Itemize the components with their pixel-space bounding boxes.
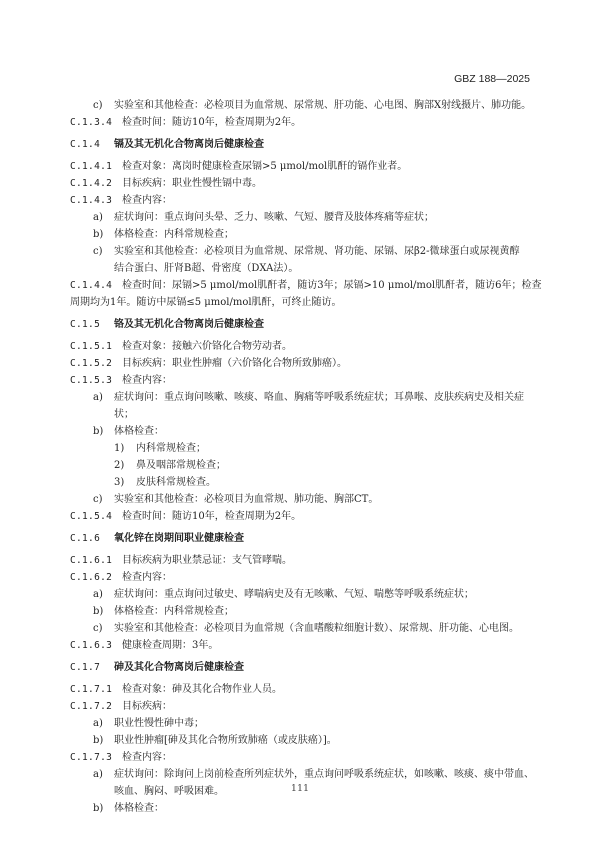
sub-item: 1)内科常规检查； (70, 440, 545, 457)
clause-number: C.1.5.4 (70, 508, 122, 525)
clause: C.1.7.1检查对象：砷及其化合物作业人员。 (70, 681, 545, 698)
section-number: C.1.6 (70, 530, 114, 547)
list-item: a)症状询问：除询问上岗前检查所列症状外，重点询问呼吸系统症状，如咳嗽、咳痰、痰… (70, 766, 545, 783)
list-item: b)体格检查：内科常规检查； (70, 603, 545, 620)
item-label: c) (93, 620, 114, 637)
clause: C.1.6.3健康检查周期：3年。 (70, 637, 545, 654)
clause: C.1.4.2目标疾病：职业性慢性镉中毒。 (70, 175, 545, 192)
list-item: a)职业性慢性砷中毒； (70, 715, 545, 732)
section-number: C.1.4 (70, 136, 114, 153)
item-text: 症状询问：重点询问头晕、乏力、咳嗽、气短、腰背及肢体疼痛等症状； (114, 212, 434, 223)
item-text: 职业性肿瘤[砷及其化合物所致肺癌（或皮肤癌）]。 (114, 735, 337, 746)
clause-number: C.1.7.1 (70, 681, 122, 698)
clause: C.1.6.2检查内容： (70, 569, 545, 586)
sub-item-text: 内科常规检查； (136, 443, 206, 454)
clause-text: 目标疾病：职业性肿瘤（六价铬化合物所致肺癌）。 (122, 358, 347, 369)
document-id: GBZ 188—2025 (454, 73, 530, 85)
clause: C.1.3.4检查时间：随访10年，检查周期为2年。 (70, 114, 545, 131)
list-item: a)症状询问：重点询问过敏史、哮喘病史及有无咳嗽、气短、喘憋等呼吸系统症状； (70, 586, 545, 603)
item-text: 症状询问：重点询问过敏史、哮喘病史及有无咳嗽、气短、喘憋等呼吸系统症状； (114, 589, 474, 600)
clause: C.1.5.4检查时间：随访10年，检查周期为2年。 (70, 508, 545, 525)
sub-item: 2)鼻及咽部常规检查； (70, 457, 545, 474)
clause-text: 检查内容： (122, 752, 172, 763)
section-title: 砷及其化合物离岗后健康检查 (114, 662, 244, 673)
list-item: c)实验室和其他检查：必检项目为血常规（含血嗜酸粒细胞计数）、尿常规、肝功能、心… (70, 620, 545, 637)
item-text: 实验室和其他检查：必检项目为血常规、尿常规、肝功能、心电图、胸部X射线摄片、肺功… (114, 100, 531, 111)
clause-text: 检查内容： (122, 195, 172, 206)
item-label: c) (93, 97, 114, 114)
item-text: 体格检查：内科常规检查； (114, 229, 234, 240)
clause-number: C.1.7.3 (70, 749, 122, 766)
item-label: b) (93, 226, 114, 243)
clause-text: 检查对象：砷及其化合物作业人员。 (122, 684, 282, 695)
item-continuation: 状； (70, 406, 545, 423)
clause-number: C.1.7.2 (70, 698, 122, 715)
page-number: 111 (0, 783, 600, 794)
item-text: 实验室和其他检查：必检项目为血常规、肺功能、胸部CT。 (114, 494, 378, 505)
item-text: 体格检查： (114, 426, 164, 437)
clause-number: C.1.6.1 (70, 552, 122, 569)
sub-item-label: 3) (114, 474, 136, 491)
list-item: c)实验室和其他检查：必检项目为血常规、尿常规、肝功能、心电图、胸部X射线摄片、… (70, 97, 545, 114)
section-title: 镉及其无机化合物离岗后健康检查 (114, 139, 264, 150)
clause-text: 目标疾病为职业禁忌证：支气管哮喘。 (122, 555, 292, 566)
item-text: 体格检查：内科常规检查； (114, 606, 234, 617)
clause: C.1.4.3检查内容： (70, 192, 545, 209)
item-label: a) (93, 715, 114, 732)
list-item: b)体格检查：内科常规检查； (70, 226, 545, 243)
clause-text: 检查时间：随访10年，检查周期为2年。 (122, 117, 301, 128)
item-text: 体格检查： (114, 803, 164, 814)
clause-text: 检查内容： (122, 375, 172, 386)
clause: C.1.4.1检查对象：离岗时健康检查尿镉>5 μmol/mol肌酐的镉作业者。 (70, 158, 545, 175)
clause-text: 检查对象：接触六价铬化合物劳动者。 (122, 341, 292, 352)
item-continuation: 结合蛋白、肝肾B超、骨密度（DXA法）。 (70, 260, 545, 277)
item-label: a) (93, 389, 114, 406)
section-heading: C.1.6氧化锌在岗期间职业健康检查 (70, 530, 545, 547)
clause-text: 目标疾病：职业性慢性镉中毒。 (122, 178, 262, 189)
sub-item-text: 鼻及咽部常规检查； (136, 460, 226, 471)
sub-item-text: 皮肤科常规检查。 (136, 477, 216, 488)
clause-number: C.1.4.4 (70, 277, 122, 294)
clause: C.1.5.3检查内容： (70, 372, 545, 389)
clause-text: 检查对象：离岗时健康检查尿镉>5 μmol/mol肌酐的镉作业者。 (122, 161, 407, 172)
clause: C.1.4.4检查时间：尿镉>5 μmol/mol肌酐者，随访3年；尿镉>10 … (70, 277, 545, 294)
item-text: 症状询问：除询问上岗前检查所列症状外，重点询问呼吸系统症状，如咳嗽、咳痰、痰中带… (114, 769, 534, 780)
clause: C.1.5.1检查对象：接触六价铬化合物劳动者。 (70, 338, 545, 355)
clause-number: C.1.6.2 (70, 569, 122, 586)
clause: C.1.6.1目标疾病为职业禁忌证：支气管哮喘。 (70, 552, 545, 569)
item-label: b) (93, 603, 114, 620)
list-item: a)症状询问：重点询问咳嗽、咳痰、咯血、胸痛等呼吸系统症状；耳鼻喉、皮肤疾病史及… (70, 389, 545, 406)
list-item: b)体格检查： (70, 423, 545, 440)
clause-text: 检查时间：尿镉>5 μmol/mol肌酐者，随访3年；尿镉>10 μmol/mo… (122, 280, 541, 291)
clause-text: 检查内容： (122, 572, 172, 583)
item-label: a) (93, 209, 114, 226)
sub-item-label: 2) (114, 457, 136, 474)
clause-number: C.1.4.1 (70, 158, 122, 175)
clause-text: 目标疾病： (122, 701, 172, 712)
clause-number: C.1.4.3 (70, 192, 122, 209)
section-number: C.1.7 (70, 659, 114, 676)
item-label: b) (93, 423, 114, 440)
list-item: b)职业性肿瘤[砷及其化合物所致肺癌（或皮肤癌）]。 (70, 732, 545, 749)
clause-number: C.1.5.1 (70, 338, 122, 355)
item-label: a) (93, 766, 114, 783)
section-heading: C.1.7砷及其化合物离岗后健康检查 (70, 659, 545, 676)
section-heading: C.1.4镉及其无机化合物离岗后健康检查 (70, 136, 545, 153)
clause: C.1.7.3检查内容： (70, 749, 545, 766)
clause-text: 健康检查周期：3年。 (122, 640, 218, 651)
item-label: c) (93, 491, 114, 508)
clause-number: C.1.6.3 (70, 637, 122, 654)
list-item: c)实验室和其他检查：必检项目为血常规、肺功能、胸部CT。 (70, 491, 545, 508)
sub-item: 3)皮肤科常规检查。 (70, 474, 545, 491)
list-item: a)症状询问：重点询问头晕、乏力、咳嗽、气短、腰背及肢体疼痛等症状； (70, 209, 545, 226)
item-text: 症状询问：重点询问咳嗽、咳痰、咯血、胸痛等呼吸系统症状；耳鼻喉、皮肤疾病史及相关… (114, 392, 524, 403)
clause-number: C.1.4.2 (70, 175, 122, 192)
page-content: c)实验室和其他检查：必检项目为血常规、尿常规、肝功能、心电图、胸部X射线摄片、… (70, 97, 545, 817)
section-title: 氧化锌在岗期间职业健康检查 (114, 533, 244, 544)
item-label: c) (93, 243, 114, 260)
item-text: 职业性慢性砷中毒； (114, 718, 204, 729)
item-text: 实验室和其他检查：必检项目为血常规（含血嗜酸粒细胞计数）、尿常规、肝功能、心电图… (114, 623, 519, 634)
clause: C.1.5.2目标疾病：职业性肿瘤（六价铬化合物所致肺癌）。 (70, 355, 545, 372)
item-label: b) (93, 800, 114, 817)
sub-item-label: 1) (114, 440, 136, 457)
item-label: a) (93, 586, 114, 603)
section-number: C.1.5 (70, 316, 114, 333)
clause-continuation: 周期均为1年。随访中尿镉≤5 μmol/mol肌酐，可终止随访。 (70, 294, 545, 311)
section-title: 铬及其无机化合物离岗后健康检查 (114, 319, 264, 330)
item-text: 实验室和其他检查：必检项目为血常规、尿常规、肾功能、尿镉、尿β2-微球蛋白或尿视… (114, 246, 520, 257)
item-label: b) (93, 732, 114, 749)
clause-text: 检查时间：随访10年，检查周期为2年。 (122, 511, 301, 522)
section-heading: C.1.5铬及其无机化合物离岗后健康检查 (70, 316, 545, 333)
clause-number: C.1.3.4 (70, 114, 122, 131)
list-item: b)体格检查： (70, 800, 545, 817)
clause-number: C.1.5.3 (70, 372, 122, 389)
clause: C.1.7.2目标疾病： (70, 698, 545, 715)
list-item: c)实验室和其他检查：必检项目为血常规、尿常规、肾功能、尿镉、尿β2-微球蛋白或… (70, 243, 545, 260)
clause-number: C.1.5.2 (70, 355, 122, 372)
